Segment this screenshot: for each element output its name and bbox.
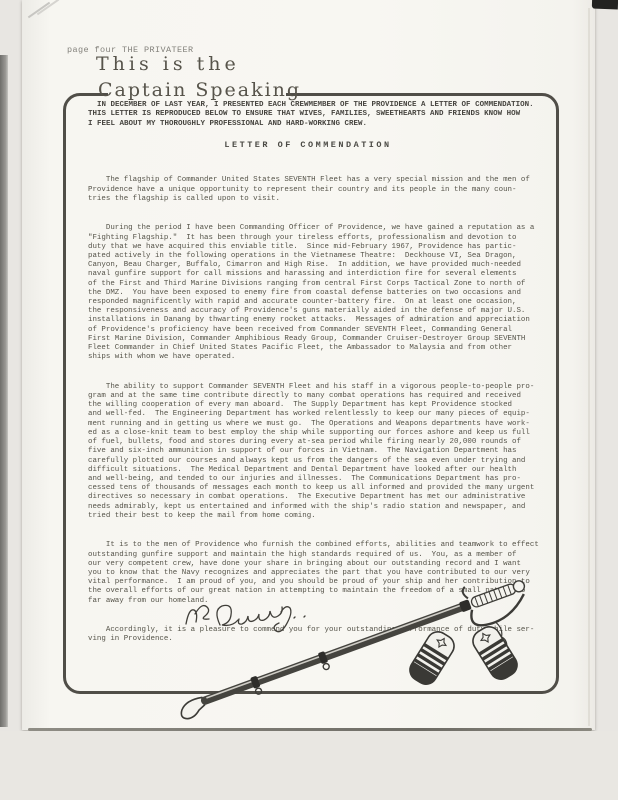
- letter-paragraph: The flagship of Commander United States …: [88, 176, 539, 204]
- intro-paragraph: IN DECEMBER OF LAST YEAR, I PRESENTED EA…: [88, 101, 534, 129]
- letter-paragraph: During the period I have been Commanding…: [88, 224, 539, 362]
- captain-shoulder-board-icon: [469, 623, 521, 684]
- letter-paragraph: The ability to support Commander SEVENTH…: [88, 383, 539, 521]
- masthead-title-line1: This is the: [96, 53, 240, 75]
- scan-edge-shadow: [0, 55, 8, 727]
- captain-signature: [182, 594, 312, 644]
- masthead-title-line2: Captain Speaking: [98, 79, 301, 101]
- scanner-bed: [0, 731, 618, 800]
- paper-right-crease: [588, 8, 590, 726]
- captain-shoulder-board-icon: [406, 628, 458, 689]
- scanned-newsletter-page: page four THE PRIVATEER This is the Capt…: [0, 0, 618, 800]
- letter-heading: LETTER OF COMMENDATION: [63, 140, 553, 150]
- scan-corner-shadow: [592, 0, 618, 9]
